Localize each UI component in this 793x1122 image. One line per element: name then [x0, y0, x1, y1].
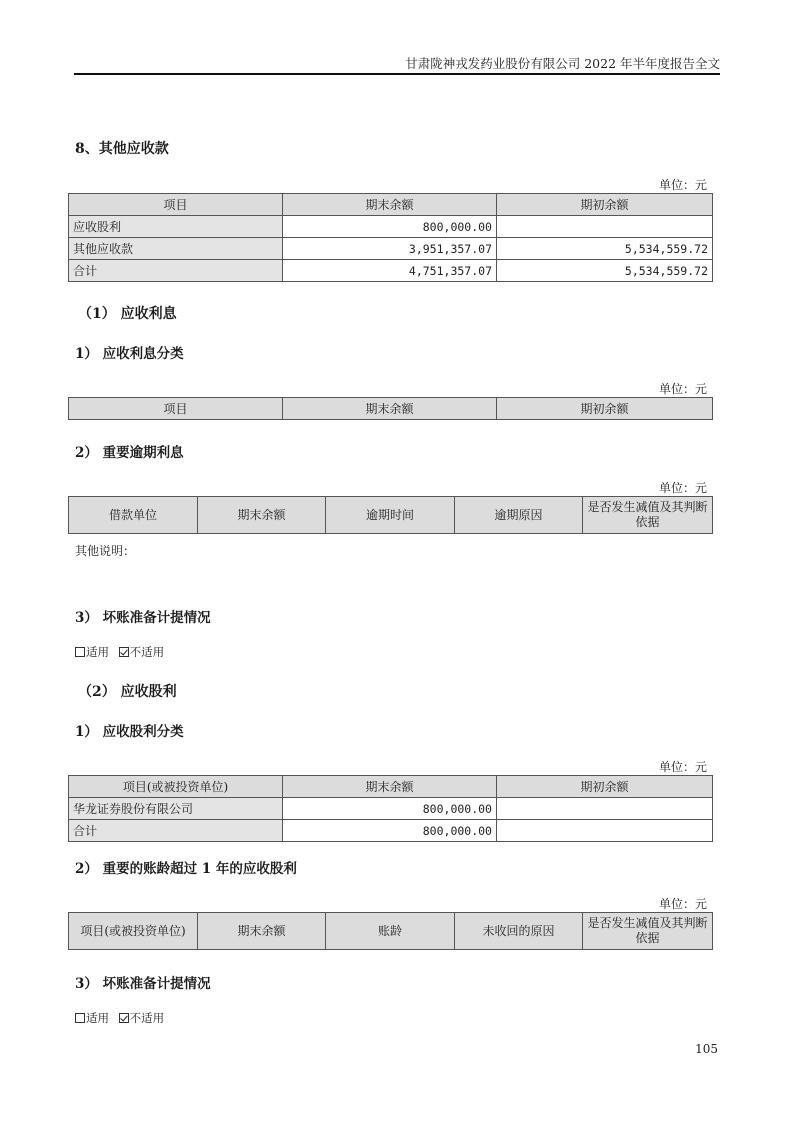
unit-label: 单位：元 — [659, 479, 707, 496]
table-row-total: 合计 800,000.00 — [69, 820, 713, 842]
heading-interest-classification: 1） 应收利息分类 — [75, 342, 184, 362]
table-row-total: 合计 4,751,357.07 5,534,559.72 — [69, 260, 713, 282]
subsection-title-interest-receivable: （1） 应收利息 — [78, 303, 177, 323]
column-header: 是否发生减值及其判断依据 — [583, 913, 713, 950]
table-header-row: 项目(或被投资单位) 期末余额 期初余额 — [69, 776, 713, 798]
ending-balance: 3,951,357.07 — [283, 238, 497, 260]
column-header: 期末余额 — [283, 776, 497, 798]
column-header: 项目 — [69, 194, 283, 216]
other-receivables-table: 项目 期末余额 期初余额 应收股利 800,000.00 其他应收款 3,951… — [68, 193, 713, 282]
heading-interest-bad-debt: 3） 坏账准备计提情况 — [75, 606, 211, 626]
overdue-interest-table: 借款单位 期末余额 逾期时间 逾期原因 是否发生减值及其判断依据 — [68, 496, 713, 534]
opening-balance — [497, 216, 713, 238]
column-header: 项目(或被投资单位) — [69, 776, 283, 798]
option-not-applicable[interactable]: 不适用 — [119, 1011, 165, 1025]
dividends-aging-table: 项目(或被投资单位) 期末余额 账龄 未收回的原因 是否发生减值及其判断依据 — [68, 912, 713, 950]
table-header-row: 项目 期末余额 期初余额 — [69, 194, 713, 216]
heading-dividends-aging: 2） 重要的账龄超过 1 年的应收股利 — [75, 857, 297, 877]
table-row: 其他应收款 3,951,357.07 5,534,559.72 — [69, 238, 713, 260]
applicability-checkboxes: 适用 不适用 — [75, 644, 170, 660]
table-row: 华龙证券股份有限公司 800,000.00 — [69, 798, 713, 820]
checkbox-checked-icon[interactable] — [119, 1013, 129, 1023]
column-header: 逾期原因 — [455, 497, 583, 534]
column-header: 未收回的原因 — [455, 913, 583, 950]
unit-label: 单位：元 — [659, 758, 707, 775]
column-header: 账龄 — [326, 913, 455, 950]
option-applicable[interactable]: 适用 — [75, 1011, 109, 1025]
ending-balance: 800,000.00 — [283, 798, 497, 820]
column-header: 期初余额 — [497, 776, 713, 798]
row-label: 华龙证券股份有限公司 — [69, 798, 283, 820]
applicability-checkboxes: 适用 不适用 — [75, 1010, 170, 1026]
opening-balance: 5,534,559.72 — [497, 260, 713, 282]
table-row: 应收股利 800,000.00 — [69, 216, 713, 238]
subsection-title-dividends-receivable: （2） 应收股利 — [78, 681, 177, 701]
unit-label: 单位：元 — [659, 176, 707, 193]
column-header: 期末余额 — [198, 913, 326, 950]
page-number: 105 — [695, 1042, 718, 1056]
ending-balance: 800,000.00 — [283, 820, 497, 842]
table-header-row: 借款单位 期末余额 逾期时间 逾期原因 是否发生减值及其判断依据 — [69, 497, 713, 534]
ending-balance: 4,751,357.07 — [283, 260, 497, 282]
column-header: 期末余额 — [283, 194, 497, 216]
option-applicable[interactable]: 适用 — [75, 645, 109, 659]
ending-balance: 800,000.00 — [283, 216, 497, 238]
option-not-applicable[interactable]: 不适用 — [119, 645, 165, 659]
row-label: 合计 — [69, 820, 283, 842]
opening-balance: 5,534,559.72 — [497, 238, 713, 260]
section-title-other-receivables: 8、其他应收款 — [75, 138, 169, 158]
unit-label: 单位：元 — [659, 380, 707, 397]
checkbox-unchecked-icon[interactable] — [75, 1013, 85, 1023]
header-divider — [74, 73, 720, 75]
column-header: 期末余额 — [283, 398, 497, 420]
row-label: 应收股利 — [69, 216, 283, 238]
checkbox-checked-icon[interactable] — [119, 647, 129, 657]
row-label: 其他应收款 — [69, 238, 283, 260]
heading-dividends-classification: 1） 应收股利分类 — [75, 720, 184, 740]
column-header: 逾期时间 — [326, 497, 455, 534]
other-notes-label: 其他说明： — [75, 542, 135, 559]
report-header-title: 甘肃陇神戎发药业股份有限公司 2022 年半年度报告全文 — [405, 54, 720, 72]
column-header: 项目 — [69, 398, 283, 420]
unit-label: 单位：元 — [659, 895, 707, 912]
heading-overdue-interest: 2） 重要逾期利息 — [75, 441, 184, 461]
column-header: 期初余额 — [497, 398, 713, 420]
column-header: 项目(或被投资单位) — [69, 913, 198, 950]
row-label: 合计 — [69, 260, 283, 282]
table-header-row: 项目 期末余额 期初余额 — [69, 398, 713, 420]
dividends-classification-table: 项目(或被投资单位) 期末余额 期初余额 华龙证券股份有限公司 800,000.… — [68, 775, 713, 842]
column-header: 期初余额 — [497, 194, 713, 216]
column-header: 是否发生减值及其判断依据 — [583, 497, 713, 534]
heading-dividends-bad-debt: 3） 坏账准备计提情况 — [75, 972, 211, 992]
interest-classification-table: 项目 期末余额 期初余额 — [68, 397, 713, 420]
opening-balance — [497, 820, 713, 842]
column-header: 借款单位 — [69, 497, 198, 534]
column-header: 期末余额 — [198, 497, 326, 534]
table-header-row: 项目(或被投资单位) 期末余额 账龄 未收回的原因 是否发生减值及其判断依据 — [69, 913, 713, 950]
checkbox-unchecked-icon[interactable] — [75, 647, 85, 657]
opening-balance — [497, 798, 713, 820]
